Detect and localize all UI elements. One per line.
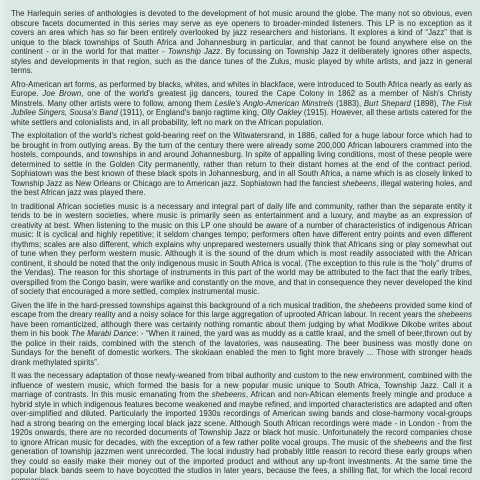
paragraph: The exploitation of the world's richest … [11,131,472,198]
italic-text-run: shebeens [212,390,246,399]
italic-text-run: Leslie's Anglo-American Minstrels [215,99,334,108]
paragraph: In traditional African societies music i… [11,202,472,297]
text-run: (1898), [411,99,441,108]
text-run: In traditional African societies music i… [11,202,472,297]
album-liner-notes-page: { "page": { "background_color": "#d9e8e3… [0,0,480,480]
text-run: (1911), or England's banjo ragtime king, [118,108,262,117]
italic-text-run: Township Jazz [168,47,220,56]
italic-text-run: Olly Oakley [261,108,301,117]
text-run: Given the life in the hard-pressed towns… [11,301,358,310]
italic-text-run: shebeens [393,438,427,447]
liner-notes-text: The Harlequin series of anthologies is d… [11,9,472,480]
italic-text-run: shebeens [438,310,472,319]
italic-text-run: Joe Brown [42,89,81,98]
liner-notes-sheet: The Harlequin series of anthologies is d… [0,0,480,480]
italic-text-run: The Marabi Dance [71,329,136,338]
paragraph: Given the life in the hard-pressed towns… [11,301,472,368]
paragraph: The Harlequin series of anthologies is d… [11,9,472,76]
italic-text-run: Burt Shepard [364,99,411,108]
italic-text-run: shebeens [358,301,392,310]
italic-text-run: shebeens [342,179,376,188]
paragraph: Afro-American art forms, as performed by… [11,80,472,128]
paragraph: It was the necessary adaptation of those… [11,371,472,480]
text-run: (1883), [333,99,363,108]
